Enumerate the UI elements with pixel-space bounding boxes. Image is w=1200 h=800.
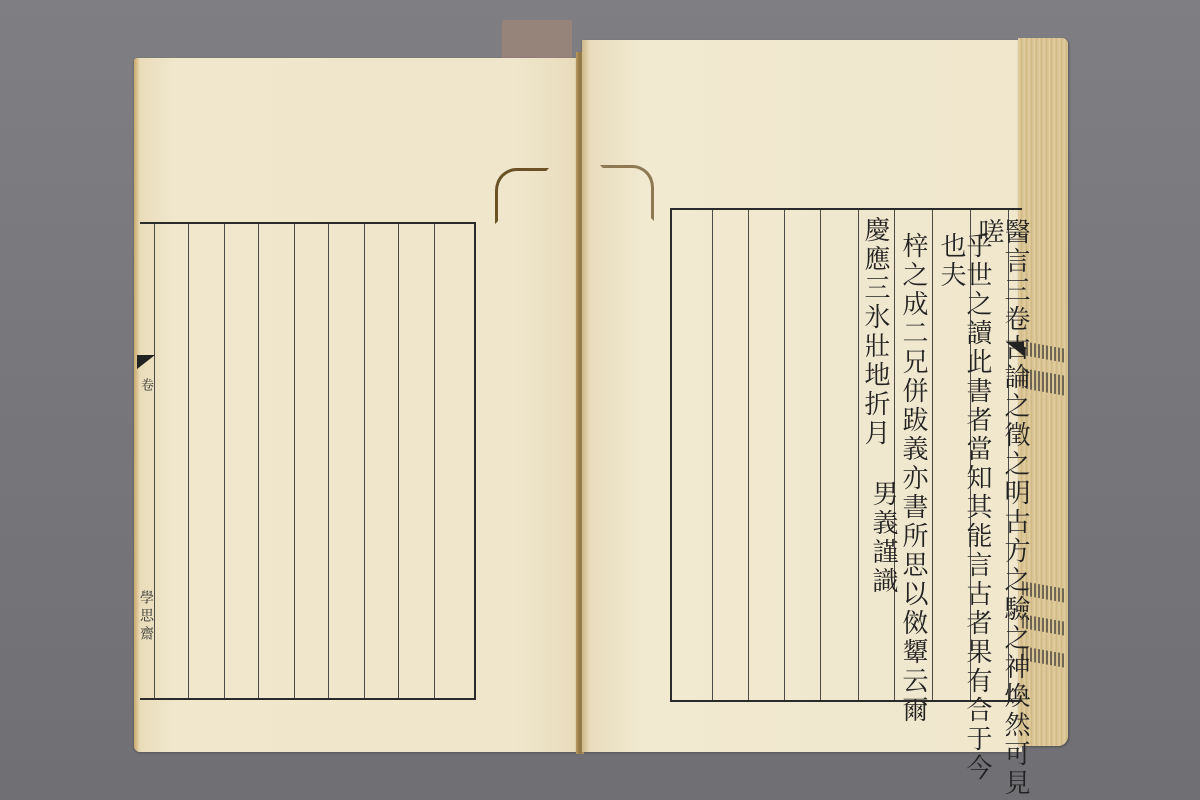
column-rule (434, 224, 435, 698)
column-rule (258, 224, 259, 698)
text-column-3: 梓之成二兄併跋義亦書所思以傚顰云爾 (900, 232, 926, 725)
column-rule (188, 224, 189, 698)
margin-label-publisher: 學思齋 (136, 590, 156, 644)
text-column-signature: 男義謹識 (870, 480, 896, 596)
column-rule (224, 224, 225, 698)
fishtail-mark (137, 355, 155, 369)
column-rule (894, 210, 895, 700)
column-rule (784, 210, 785, 700)
column-rule (932, 210, 933, 700)
column-rule (328, 224, 329, 698)
margin-label-volume: 卷 (136, 378, 155, 395)
column-rule (820, 210, 821, 700)
text-column-date: 慶應三氷壯地折月 (862, 216, 888, 448)
left-print-frame (140, 222, 476, 700)
column-rule (294, 224, 295, 698)
text-column-2: 乎世之讀此書者當知其能言古者果有合于今也夫 (938, 232, 990, 800)
column-rule (748, 210, 749, 700)
column-rule (398, 224, 399, 698)
wormhole-damage (600, 165, 654, 221)
wormhole-damage (495, 168, 549, 224)
column-rule (364, 224, 365, 698)
column-rule (712, 210, 713, 700)
